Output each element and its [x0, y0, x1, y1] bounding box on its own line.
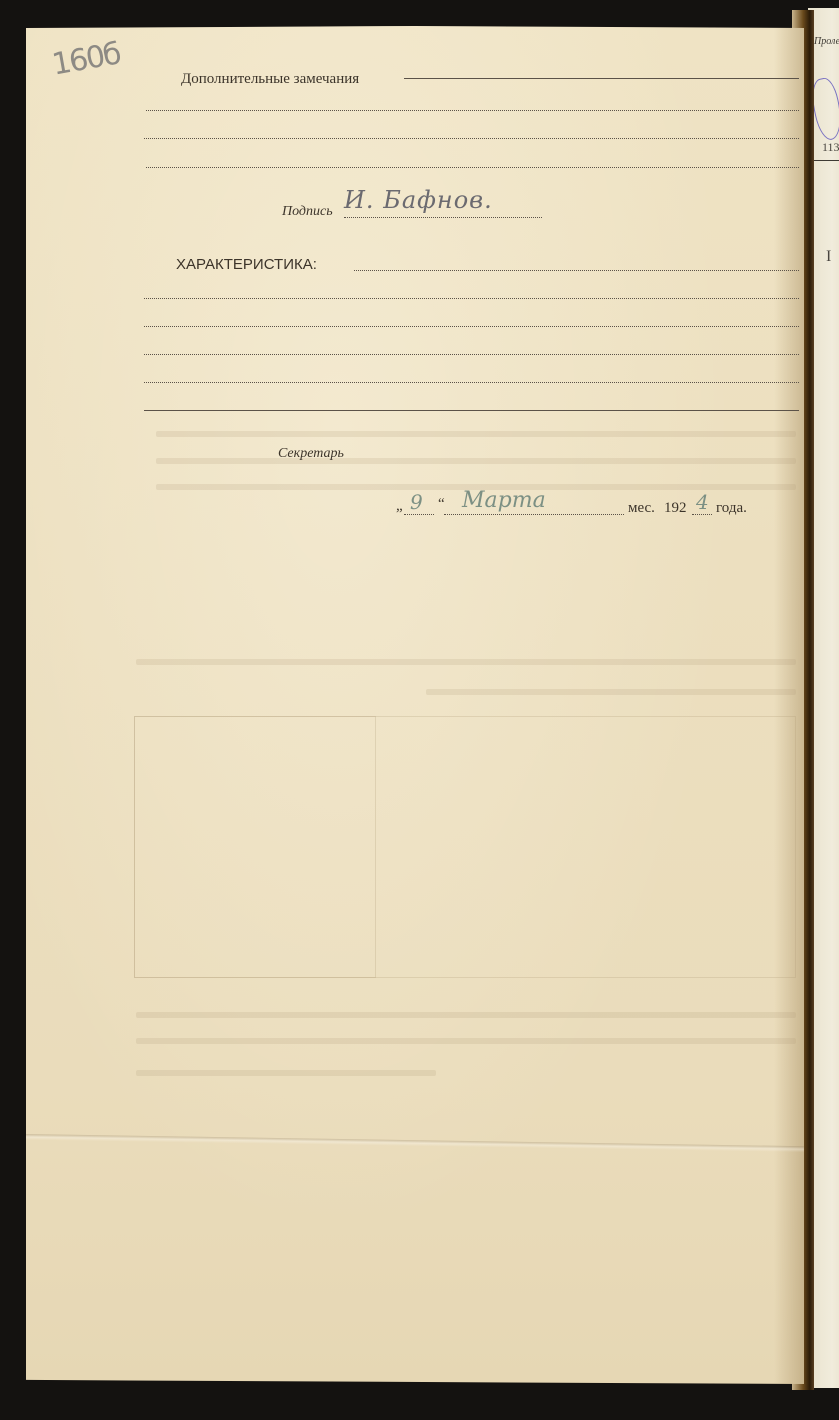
date-month: Марта: [462, 488, 546, 513]
signature-line[interactable]: [344, 217, 542, 218]
bleed-through-text: [136, 1070, 436, 1076]
document-sheet: 160б Дополнительные замечания Подпись И.…: [26, 26, 804, 1384]
characteristic-line-5[interactable]: [144, 382, 799, 383]
bleed-through-text: [136, 1012, 796, 1018]
archive-number: 160б: [49, 36, 122, 82]
secretary-label: Секретарь: [278, 446, 344, 462]
edge-shadow: [774, 26, 804, 1384]
bleed-through-text: [156, 458, 796, 464]
date-day: 9: [410, 490, 423, 514]
paper-fold: [26, 1134, 804, 1152]
year-line[interactable]: [692, 514, 712, 515]
remarks-line-2[interactable]: [146, 110, 799, 111]
bleed-through-table-col: [134, 716, 376, 978]
characteristic-line-6[interactable]: [144, 410, 799, 411]
year-prefix: 192: [664, 500, 687, 517]
characteristic-label: ХАРАКТЕРИСТИКА:: [176, 256, 317, 273]
stamp-number: 113: [822, 140, 839, 155]
date-close-quote: “: [438, 496, 445, 513]
signature-label: Подпись: [282, 204, 333, 220]
signature-value: И. Бафнов.: [344, 186, 493, 214]
additional-remarks-label: Дополнительные замечания: [181, 71, 359, 88]
characteristic-line-1[interactable]: [354, 270, 799, 271]
bleed-through-text: [426, 689, 796, 695]
remarks-line-4[interactable]: [146, 167, 799, 168]
bleed-through-text: [136, 1038, 796, 1044]
remarks-line-1[interactable]: [404, 78, 799, 79]
characteristic-line-3[interactable]: [144, 326, 799, 327]
characteristic-line-2[interactable]: [144, 298, 799, 299]
bleed-through-text: [156, 431, 796, 437]
roman-numeral: I: [826, 248, 831, 266]
year-label: года.: [716, 500, 747, 517]
remarks-line-3[interactable]: [144, 138, 799, 139]
date-open-quote: „: [396, 498, 403, 515]
month-label: мес.: [628, 500, 655, 517]
bleed-through-text: [136, 659, 796, 665]
characteristic-line-4[interactable]: [144, 354, 799, 355]
stamp-text: Пролетар: [814, 36, 839, 47]
year-suffix: 4: [696, 490, 709, 514]
month-line[interactable]: [444, 514, 624, 515]
day-line[interactable]: [404, 514, 434, 515]
